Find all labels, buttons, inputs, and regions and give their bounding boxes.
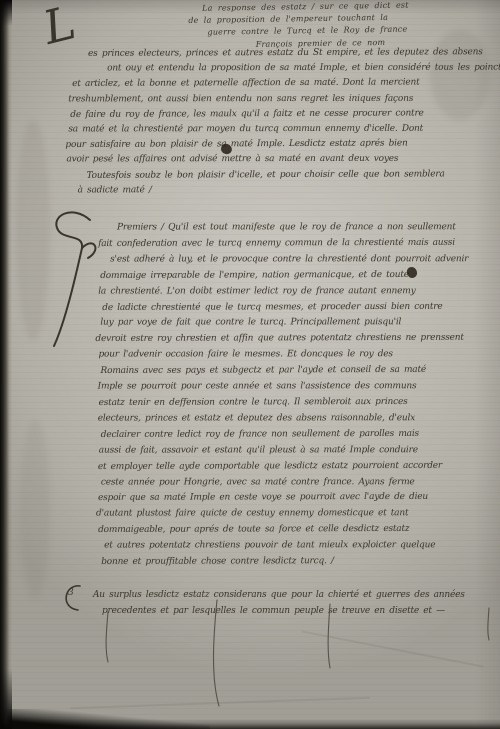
book-gutter-shadow: [0, 0, 12, 729]
bottom-left-corner-shadow: [0, 709, 210, 729]
paragraph-number: 3: [68, 588, 74, 598]
manuscript-scan-page: La response des estatz / sur ce que dict…: [0, 0, 500, 729]
descender-strokes: [0, 0, 500, 729]
